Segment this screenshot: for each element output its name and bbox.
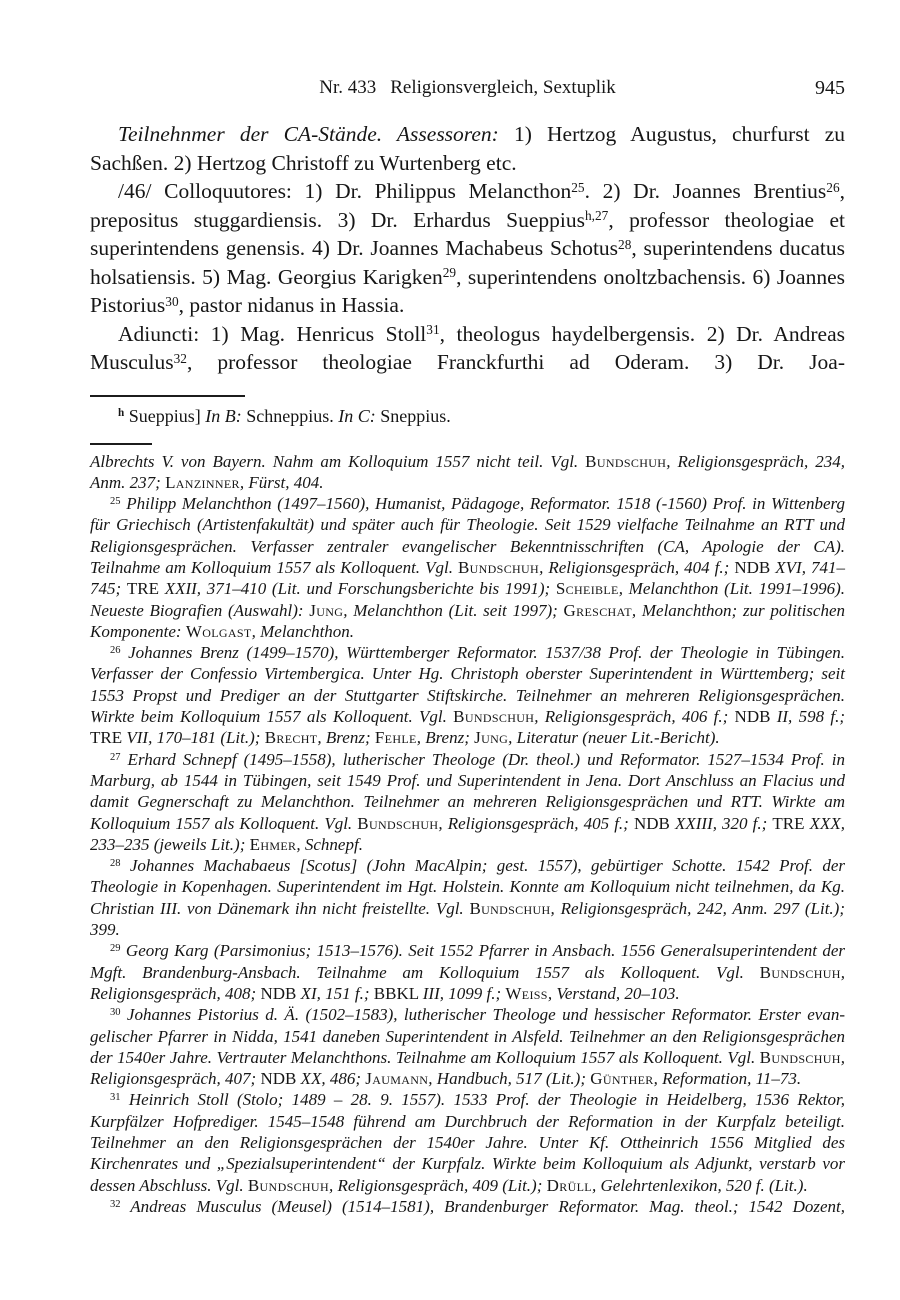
footnote-25: 25 Philipp Melanchthon (1497–1560), Huma…: [90, 493, 845, 642]
footnote-separator-rule: [90, 443, 152, 445]
running-head-title: Nr. 433Religionsvergleich, Sextuplik: [90, 76, 845, 100]
paragraph-adiuncti: Adiuncti: 1) Mag. Henricus Stoll31, theo…: [90, 320, 845, 377]
document-title: Religionsvergleich, Sextuplik: [390, 77, 616, 98]
paragraph-participants: Teilnehnmer der CA-Stände. Assessoren: 1…: [90, 120, 845, 177]
footnote-29: 29 Georg Karg (Parsimonius; 1513–1576). …: [90, 940, 845, 1004]
page-number: 945: [815, 76, 845, 100]
footnote-32: 32 Andreas Musculus (Meusel) (1514–1581)…: [90, 1196, 845, 1217]
running-head: Nr. 433Religionsvergleich, Sextuplik 945: [90, 76, 845, 100]
footnote-27: 27 Erhard Schnepf (1495–1558), lutherisc…: [90, 749, 845, 855]
footnote-continuation: Albrechts V. von Bayern. Nahm am Kolloqu…: [90, 451, 845, 494]
footnote-30: 30 Johannes Pistorius d. Ä. (1502–1583),…: [90, 1004, 845, 1089]
critical-apparatus-note: h Sueppius] In B: Schneppius. In C: Snep…: [90, 404, 845, 428]
apparatus-separator-rule: [90, 395, 245, 397]
document-number: Nr. 433: [319, 77, 376, 98]
paragraph-colloquutores: /46/ Colloquutores: 1) Dr. Philippus Mel…: [90, 177, 845, 320]
footnote-31: 31 Heinrich Stoll (Stolo; 1489 – 28. 9. …: [90, 1089, 845, 1195]
footnotes-block: Albrechts V. von Bayern. Nahm am Kolloqu…: [90, 451, 845, 1218]
footnote-28: 28 Johannes Machabaeus [Scotus] (John Ma…: [90, 855, 845, 940]
footnote-26: 26 Johannes Brenz (1499–1570), Württembe…: [90, 642, 845, 748]
book-page: Nr. 433Religionsvergleich, Sextuplik 945…: [0, 0, 900, 1300]
main-text: Teilnehnmer der CA-Stände. Assessoren: 1…: [90, 120, 845, 377]
